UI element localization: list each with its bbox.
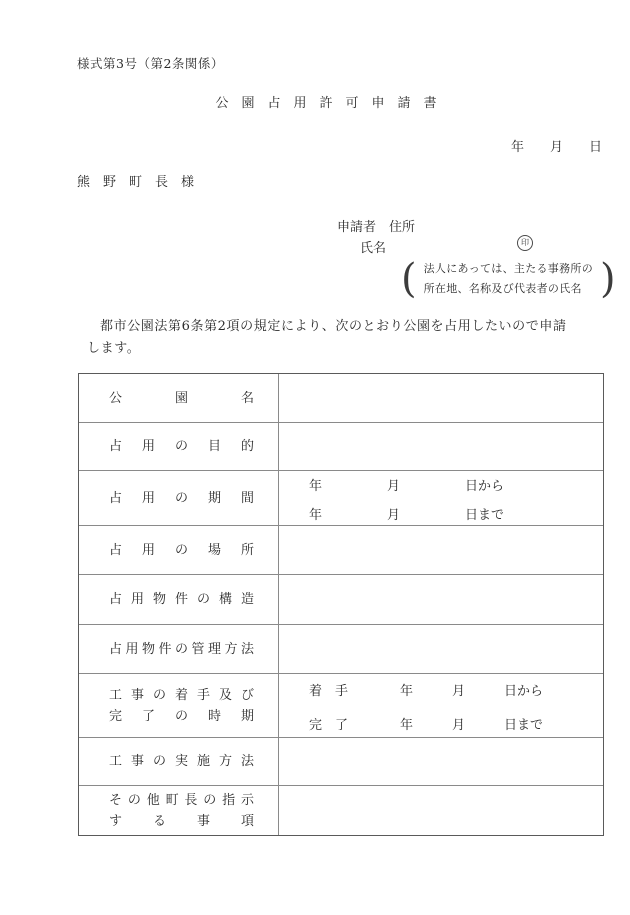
- date-line: 年 月 日: [511, 136, 602, 155]
- applicant-block: 申請者 住所 氏名: [337, 217, 415, 259]
- row-occupied-object-management-label: 占用物件の管理方法: [79, 625, 279, 673]
- seal-character: 印: [521, 239, 529, 247]
- row-occupancy-place-label: 占用の場所: [79, 526, 279, 574]
- application-form-page: 様式第3号（第2条関係） 公 園 占 用 許 可 申 請 書 年 月 日 熊 野…: [0, 0, 630, 915]
- row-construction-start-completion-label: 工事の着手及び 完了の時期: [79, 674, 279, 737]
- application-table: 公園名 占用の目的 占用の期間 年 月 日から 年 月 日まで 占用の場所: [78, 373, 604, 836]
- construction-start-line: 着 手 年 月 日から: [309, 680, 603, 699]
- row-other-mayor-instructions: その他町長の指示 する事項: [79, 785, 603, 835]
- row-occupancy-period-value: 年 月 日から 年 月 日まで: [279, 471, 603, 525]
- row-occupancy-purpose: 占用の目的: [79, 422, 603, 470]
- seal-mark: 印: [517, 235, 533, 251]
- applicant-address-line: 申請者 住所: [337, 217, 415, 238]
- row-park-name-value: [279, 374, 603, 422]
- form-number: 様式第3号（第2条関係）: [77, 54, 224, 72]
- row-occupied-object-structure-value: [279, 575, 603, 624]
- row-park-name: 公園名: [79, 374, 603, 422]
- row-construction-method-label: 工事の実施方法: [79, 738, 279, 785]
- row-occupancy-purpose-value: [279, 423, 603, 470]
- row-occupancy-place-value: [279, 526, 603, 574]
- row-occupancy-purpose-label: 占用の目的: [79, 423, 279, 470]
- row-occupancy-period-label: 占用の期間: [79, 471, 279, 525]
- row-construction-method-value: [279, 738, 603, 785]
- period-to-line: 年 月 日まで: [309, 504, 603, 523]
- row-construction-start-completion-value: 着 手 年 月 日から 完 了 年 月 日まで: [279, 674, 603, 737]
- corporate-note-line1: 法人にあっては、主たる事務所の: [424, 259, 593, 279]
- row-occupied-object-structure: 占用物件の構造: [79, 574, 603, 624]
- row-occupancy-period: 占用の期間 年 月 日から 年 月 日まで: [79, 470, 603, 525]
- row-other-mayor-instructions-value: [279, 786, 603, 835]
- row-other-mayor-instructions-label: その他町長の指示 する事項: [79, 786, 279, 835]
- row-occupied-object-management-value: [279, 625, 603, 673]
- row-construction-method: 工事の実施方法: [79, 737, 603, 785]
- corporate-note-text: 法人にあっては、主たる事務所の 所在地、名称及び代表者の氏名: [424, 259, 593, 299]
- construction-completion-line: 完 了 年 月 日まで: [309, 714, 603, 733]
- row-park-name-label: 公園名: [79, 374, 279, 422]
- addressee: 熊 野 町 長 様: [77, 171, 194, 190]
- open-paren: (: [401, 256, 417, 302]
- close-paren: ): [600, 256, 616, 302]
- period-from-line: 年 月 日から: [309, 475, 603, 494]
- intro-line1: 都市公園法第6条第2項の規定により、次のとおり公園を占用したいので申請: [87, 316, 604, 338]
- row-occupancy-place: 占用の場所: [79, 525, 603, 574]
- intro-line2: します。: [87, 338, 604, 360]
- corporate-note: ( 法人にあっては、主たる事務所の 所在地、名称及び代表者の氏名 ): [401, 256, 616, 302]
- intro-paragraph: 都市公園法第6条第2項の規定により、次のとおり公園を占用したいので申請 します。: [87, 316, 604, 360]
- row-construction-start-completion: 工事の着手及び 完了の時期 着 手 年 月 日から 完 了 年 月 日まで: [79, 673, 603, 737]
- row-occupied-object-management: 占用物件の管理方法: [79, 624, 603, 673]
- row-occupied-object-structure-label: 占用物件の構造: [79, 575, 279, 624]
- corporate-note-line2: 所在地、名称及び代表者の氏名: [424, 279, 593, 299]
- document-title: 公 園 占 用 許 可 申 請 書: [0, 92, 630, 111]
